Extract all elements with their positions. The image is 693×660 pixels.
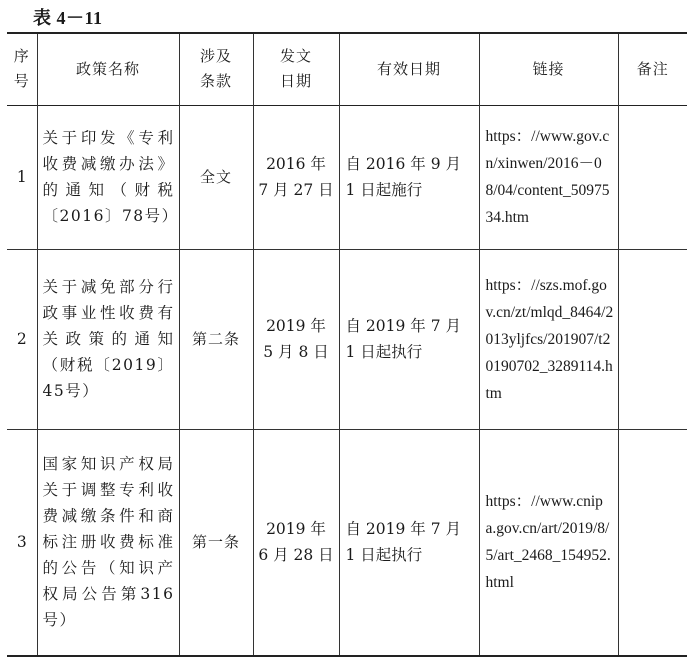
issue-date-day: 7 月 27 日 [254,177,339,203]
row-remark [618,429,687,656]
row-policy-name: 关于印发《专利收费减缴办法》的通知（财税〔2016〕78号） [37,105,179,249]
table-row: 2 关于减免部分行政事业性收费有关政策的通知（财税〔2019〕45号） 第二条 … [7,249,687,429]
header-remark: 备注 [618,33,687,105]
header-issue-date-line1: 发文 [254,44,339,69]
issue-date-year: 2016 年 [254,151,339,177]
header-clause-line1: 涉及 [180,44,253,69]
row-remark [618,105,687,249]
row-seq: 3 [7,429,37,656]
header-row: 序 号 政策名称 涉及 条款 发文 日期 有效日期 链接 备注 [7,33,687,105]
header-effective-date: 有效日期 [339,33,479,105]
row-seq: 1 [7,105,37,249]
row-issue-date: 2019 年 6 月 28 日 [253,429,339,656]
issue-date-day: 6 月 28 日 [254,542,339,568]
row-link[interactable]: https：//szs.mof.gov.cn/zt/mlqd_8464/2013… [479,249,618,429]
policy-table: 序 号 政策名称 涉及 条款 发文 日期 有效日期 链接 备注 1 关于印发《专… [7,32,687,657]
issue-date-day: 5 月 8 日 [254,339,339,365]
row-issue-date: 2016 年 7 月 27 日 [253,105,339,249]
header-seq-line1: 序 [7,44,37,69]
header-link: 链接 [479,33,618,105]
row-remark [618,249,687,429]
row-link[interactable]: https：//www.gov.cn/xinwen/2016－08/04/con… [479,105,618,249]
header-seq: 序 号 [7,33,37,105]
issue-date-year: 2019 年 [254,516,339,542]
row-policy-name: 国家知识产权局关于调整专利收费减缴条件和商标注册收费标准的公告（知识产权局公告第… [37,429,179,656]
table-caption: 表 4－11 [33,4,103,30]
table-row: 3 国家知识产权局关于调整专利收费减缴条件和商标注册收费标准的公告（知识产权局公… [7,429,687,656]
row-seq: 2 [7,249,37,429]
header-issue-date-line2: 日期 [254,69,339,94]
row-clause: 全文 [179,105,253,249]
table-row: 1 关于印发《专利收费减缴办法》的通知（财税〔2016〕78号） 全文 2016… [7,105,687,249]
header-name: 政策名称 [37,33,179,105]
row-effective-date: 自 2019 年 7 月 1 日起执行 [339,429,479,656]
row-effective-date: 自 2019 年 7 月 1 日起执行 [339,249,479,429]
header-clause: 涉及 条款 [179,33,253,105]
issue-date-year: 2019 年 [254,313,339,339]
row-policy-name: 关于减免部分行政事业性收费有关政策的通知（财税〔2019〕45号） [37,249,179,429]
header-issue-date: 发文 日期 [253,33,339,105]
row-clause: 第一条 [179,429,253,656]
row-clause: 第二条 [179,249,253,429]
row-issue-date: 2019 年 5 月 8 日 [253,249,339,429]
header-clause-line2: 条款 [180,69,253,94]
header-seq-line2: 号 [7,69,37,94]
row-link[interactable]: https：//www.cnipa.gov.cn/art/2019/8/5/ar… [479,429,618,656]
row-effective-date: 自 2016 年 9 月 1 日起施行 [339,105,479,249]
